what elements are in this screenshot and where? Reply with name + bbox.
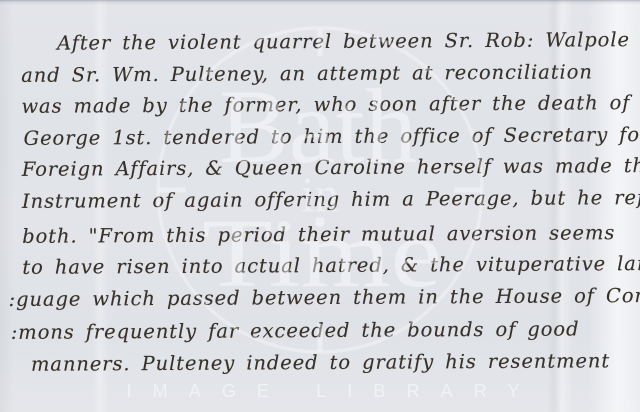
manuscript-line: and Sr. Wm. Pulteney, an attempt at reco…	[21, 56, 629, 91]
watermark-text-image-library: IMAGE LIBRARY	[127, 381, 520, 401]
manuscript-line: :guage which passed between them in the …	[8, 280, 630, 315]
manuscript-line: to have risen into actual hatred, & the …	[22, 248, 630, 283]
manuscript-line: manners. Pulteney indeed to gratify his …	[31, 345, 631, 380]
manuscript-line: After the violent quarrel between Sr. Ro…	[57, 24, 629, 59]
manuscript-line: Instrument of again offering him a Peera…	[22, 182, 630, 217]
manuscript-line: was made by the former, who soon after t…	[21, 87, 629, 122]
manuscript-text-block: After the violent quarrel between Sr. Ro…	[21, 24, 631, 380]
manuscript-page: After the violent quarrel between Sr. Ro…	[0, 0, 640, 412]
manuscript-line: Foreign Affairs, & Queen Caroline hersel…	[22, 151, 630, 186]
manuscript-line: :mons frequently far exceeded the bounds…	[11, 313, 631, 348]
manuscript-line: George 1st. tendered to him the office o…	[24, 119, 630, 154]
manuscript-line: both. "From this period their mutual ave…	[22, 217, 630, 252]
